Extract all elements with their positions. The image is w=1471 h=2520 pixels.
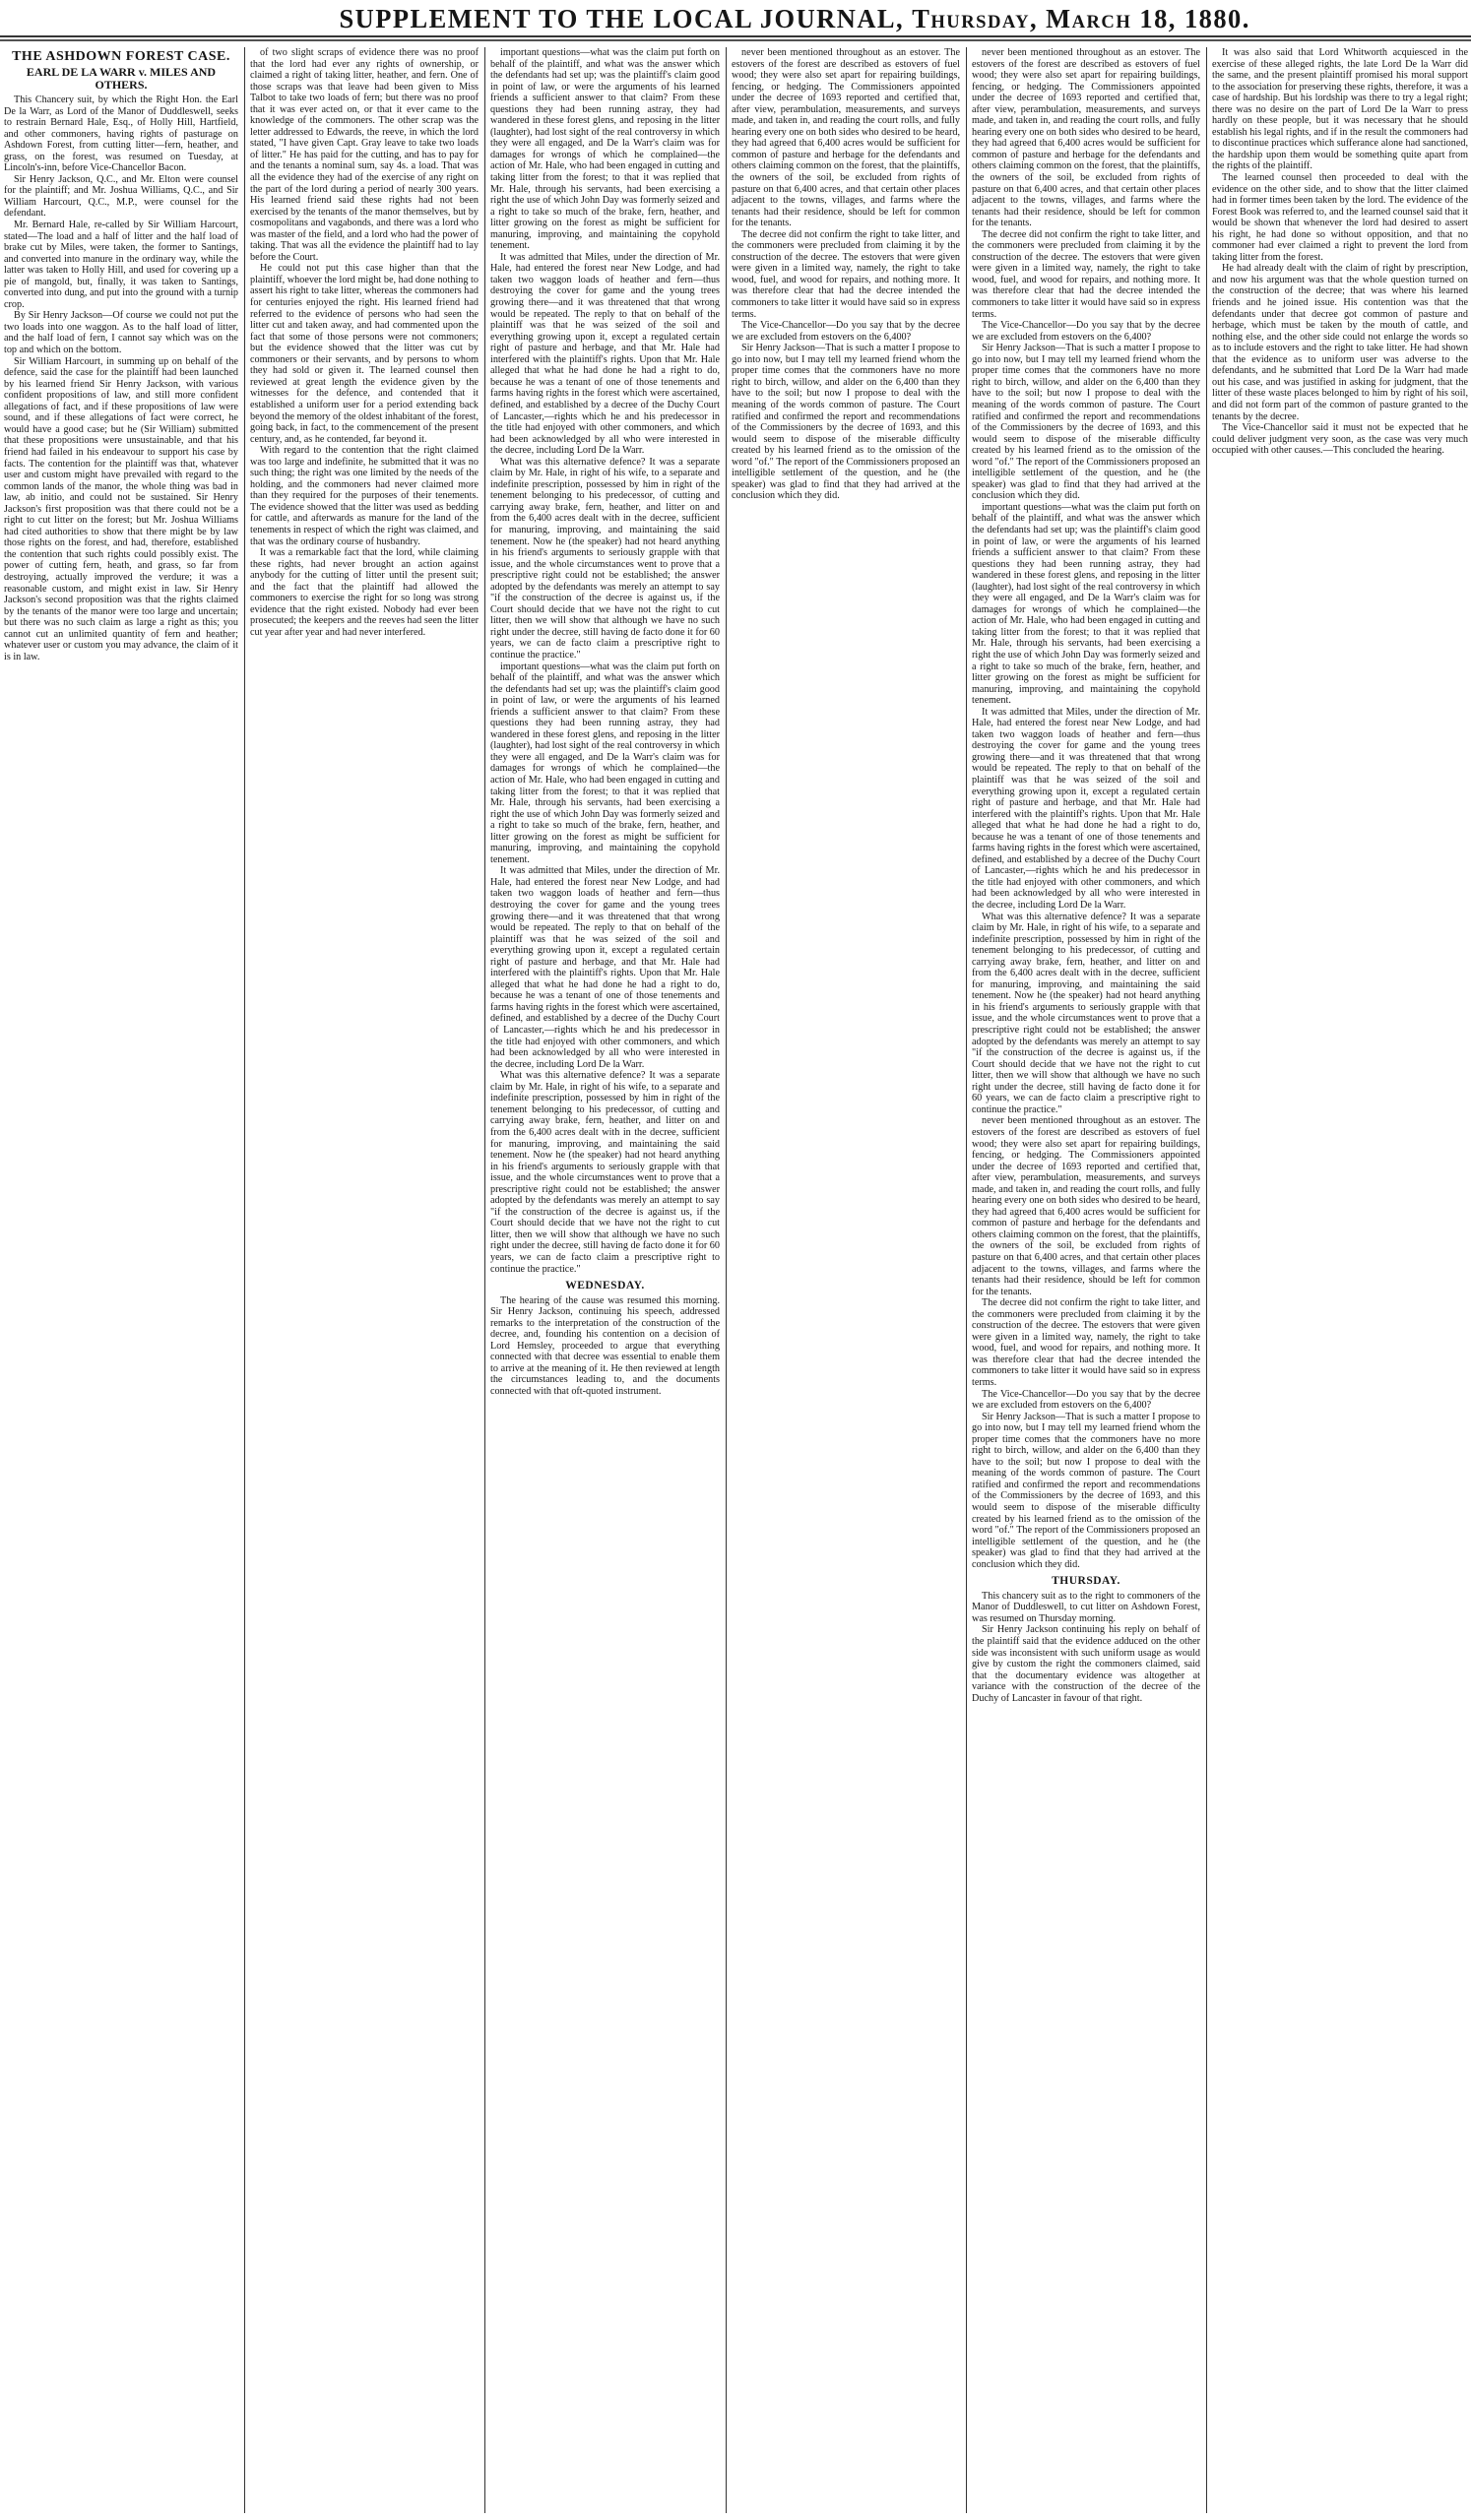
article-paragraph: Sir Henry Jackson—That is such a matter …: [972, 1412, 1200, 1571]
column-divider: [484, 47, 485, 2513]
masthead-title-text: SUPPLEMENT TO THE LOCAL JOURNAL,: [339, 4, 904, 33]
article-paragraph: Sir Henry Jackson—That is such a matter …: [732, 343, 960, 502]
column-5-body: never been mentioned throughout as an es…: [972, 47, 1200, 1570]
article-paragraph: important questions—what was the claim p…: [490, 47, 720, 252]
column-4-body: never been mentioned throughout as an es…: [732, 47, 960, 502]
masthead-rule: [0, 35, 1471, 42]
article-paragraph: The Vice-Chancellor—Do you say that by t…: [972, 320, 1200, 343]
masthead: SUPPLEMENT TO THE LOCAL JOURNAL, Thursda…: [0, 4, 1471, 33]
article-paragraph: The Vice-Chancellor said it must not be …: [1212, 422, 1468, 457]
article-paragraph: Sir William Harcourt, in summing up on b…: [4, 356, 238, 663]
column-3: important questions—what was the claim p…: [490, 47, 720, 2516]
column-divider: [1206, 47, 1207, 2513]
article-paragraph: It was admitted that Miles, under the di…: [972, 707, 1200, 912]
article-paragraph: He could not put this case higher than t…: [250, 263, 479, 445]
article-paragraph: The Vice-Chancellor—Do you say that by t…: [732, 320, 960, 343]
article-paragraph: important questions—what was the claim p…: [490, 661, 720, 866]
thursday-opening: This chancery suit as to the right to co…: [972, 1591, 1200, 1625]
article-paragraph: Sir Henry Jackson—That is such a matter …: [972, 343, 1200, 502]
column-1: THE ASHDOWN FOREST CASE. EARL DE LA WARR…: [4, 47, 238, 2516]
thursday-second: Sir Henry Jackson continuing his reply o…: [972, 1624, 1200, 1704]
column-divider: [966, 47, 967, 2513]
article-paragraph: never been mentioned throughout as an es…: [972, 47, 1200, 229]
article-paragraph: never been mentioned throughout as an es…: [732, 47, 960, 229]
article-columns: THE ASHDOWN FOREST CASE. EARL DE LA WARR…: [4, 47, 1469, 2516]
article-paragraph: The decree did not confirm the right to …: [972, 1297, 1200, 1388]
article-paragraph: The Vice-Chancellor—Do you say that by t…: [972, 1389, 1200, 1412]
article-paragraph: of two slight scraps of evidence there w…: [250, 47, 479, 263]
article-paragraph: What was this alternative defence? It wa…: [490, 1070, 720, 1275]
article-paragraph: He had already dealt with the claim of r…: [1212, 263, 1468, 422]
article-paragraph: What was this alternative defence? It wa…: [972, 912, 1200, 1116]
masthead-date: Thursday, March 18, 1880.: [912, 4, 1250, 33]
column-divider: [726, 47, 727, 2513]
article-paragraph: What was this alternative defence? It wa…: [490, 457, 720, 661]
article-paragraph: This Chancery suit, by which the Right H…: [4, 94, 238, 174]
article-paragraph: It was a remarkable fact that the lord, …: [250, 547, 479, 638]
article-paragraph: It was admitted that Miles, under the di…: [490, 252, 720, 457]
column-divider: [244, 47, 245, 2513]
article-paragraph: With regard to the contention that the r…: [250, 445, 479, 547]
column-3-body: important questions—what was the claim p…: [490, 47, 720, 1275]
article-paragraph: never been mentioned throughout as an es…: [972, 1115, 1200, 1297]
article-paragraph: It was also said that Lord Whitworth acq…: [1212, 47, 1468, 172]
article-paragraph: The learned counsel then proceeded to de…: [1212, 172, 1468, 263]
column-4: never been mentioned throughout as an es…: [732, 47, 960, 2516]
wednesday-heading: WEDNESDAY.: [490, 1281, 720, 1292]
article-paragraph: Mr. Bernard Hale, re-called by Sir Willi…: [4, 220, 238, 310]
column-2-body: of two slight scraps of evidence there w…: [250, 47, 479, 638]
article-paragraph: Sir Henry Jackson, Q.C., and Mr. Elton w…: [4, 174, 238, 220]
wednesday-opening: The hearing of the cause was resumed thi…: [490, 1295, 720, 1398]
article-subhead: EARL DE LA WARR v. MILES AND OTHERS.: [4, 66, 238, 92]
article-paragraph: The decree did not confirm the right to …: [732, 229, 960, 320]
thursday-heading: THURSDAY.: [972, 1576, 1200, 1588]
article-paragraph: The decree did not confirm the right to …: [972, 229, 1200, 320]
column-6: It was also said that Lord Whitworth acq…: [1212, 47, 1468, 2516]
article-paragraph: important questions—what was the claim p…: [972, 502, 1200, 707]
column-2: of two slight scraps of evidence there w…: [250, 47, 479, 2516]
column-6-body: It was also said that Lord Whitworth acq…: [1212, 47, 1468, 457]
article-paragraph: It was admitted that Miles, under the di…: [490, 865, 720, 1070]
article-paragraph: By Sir Henry Jackson—Of course we could …: [4, 310, 238, 355]
publication-title: SUPPLEMENT TO THE LOCAL JOURNAL, Thursda…: [339, 4, 1249, 34]
column-1-body: This Chancery suit, by which the Right H…: [4, 94, 238, 662]
article-headline: THE ASHDOWN FOREST CASE.: [4, 49, 238, 65]
column-5: never been mentioned throughout as an es…: [972, 47, 1200, 2516]
